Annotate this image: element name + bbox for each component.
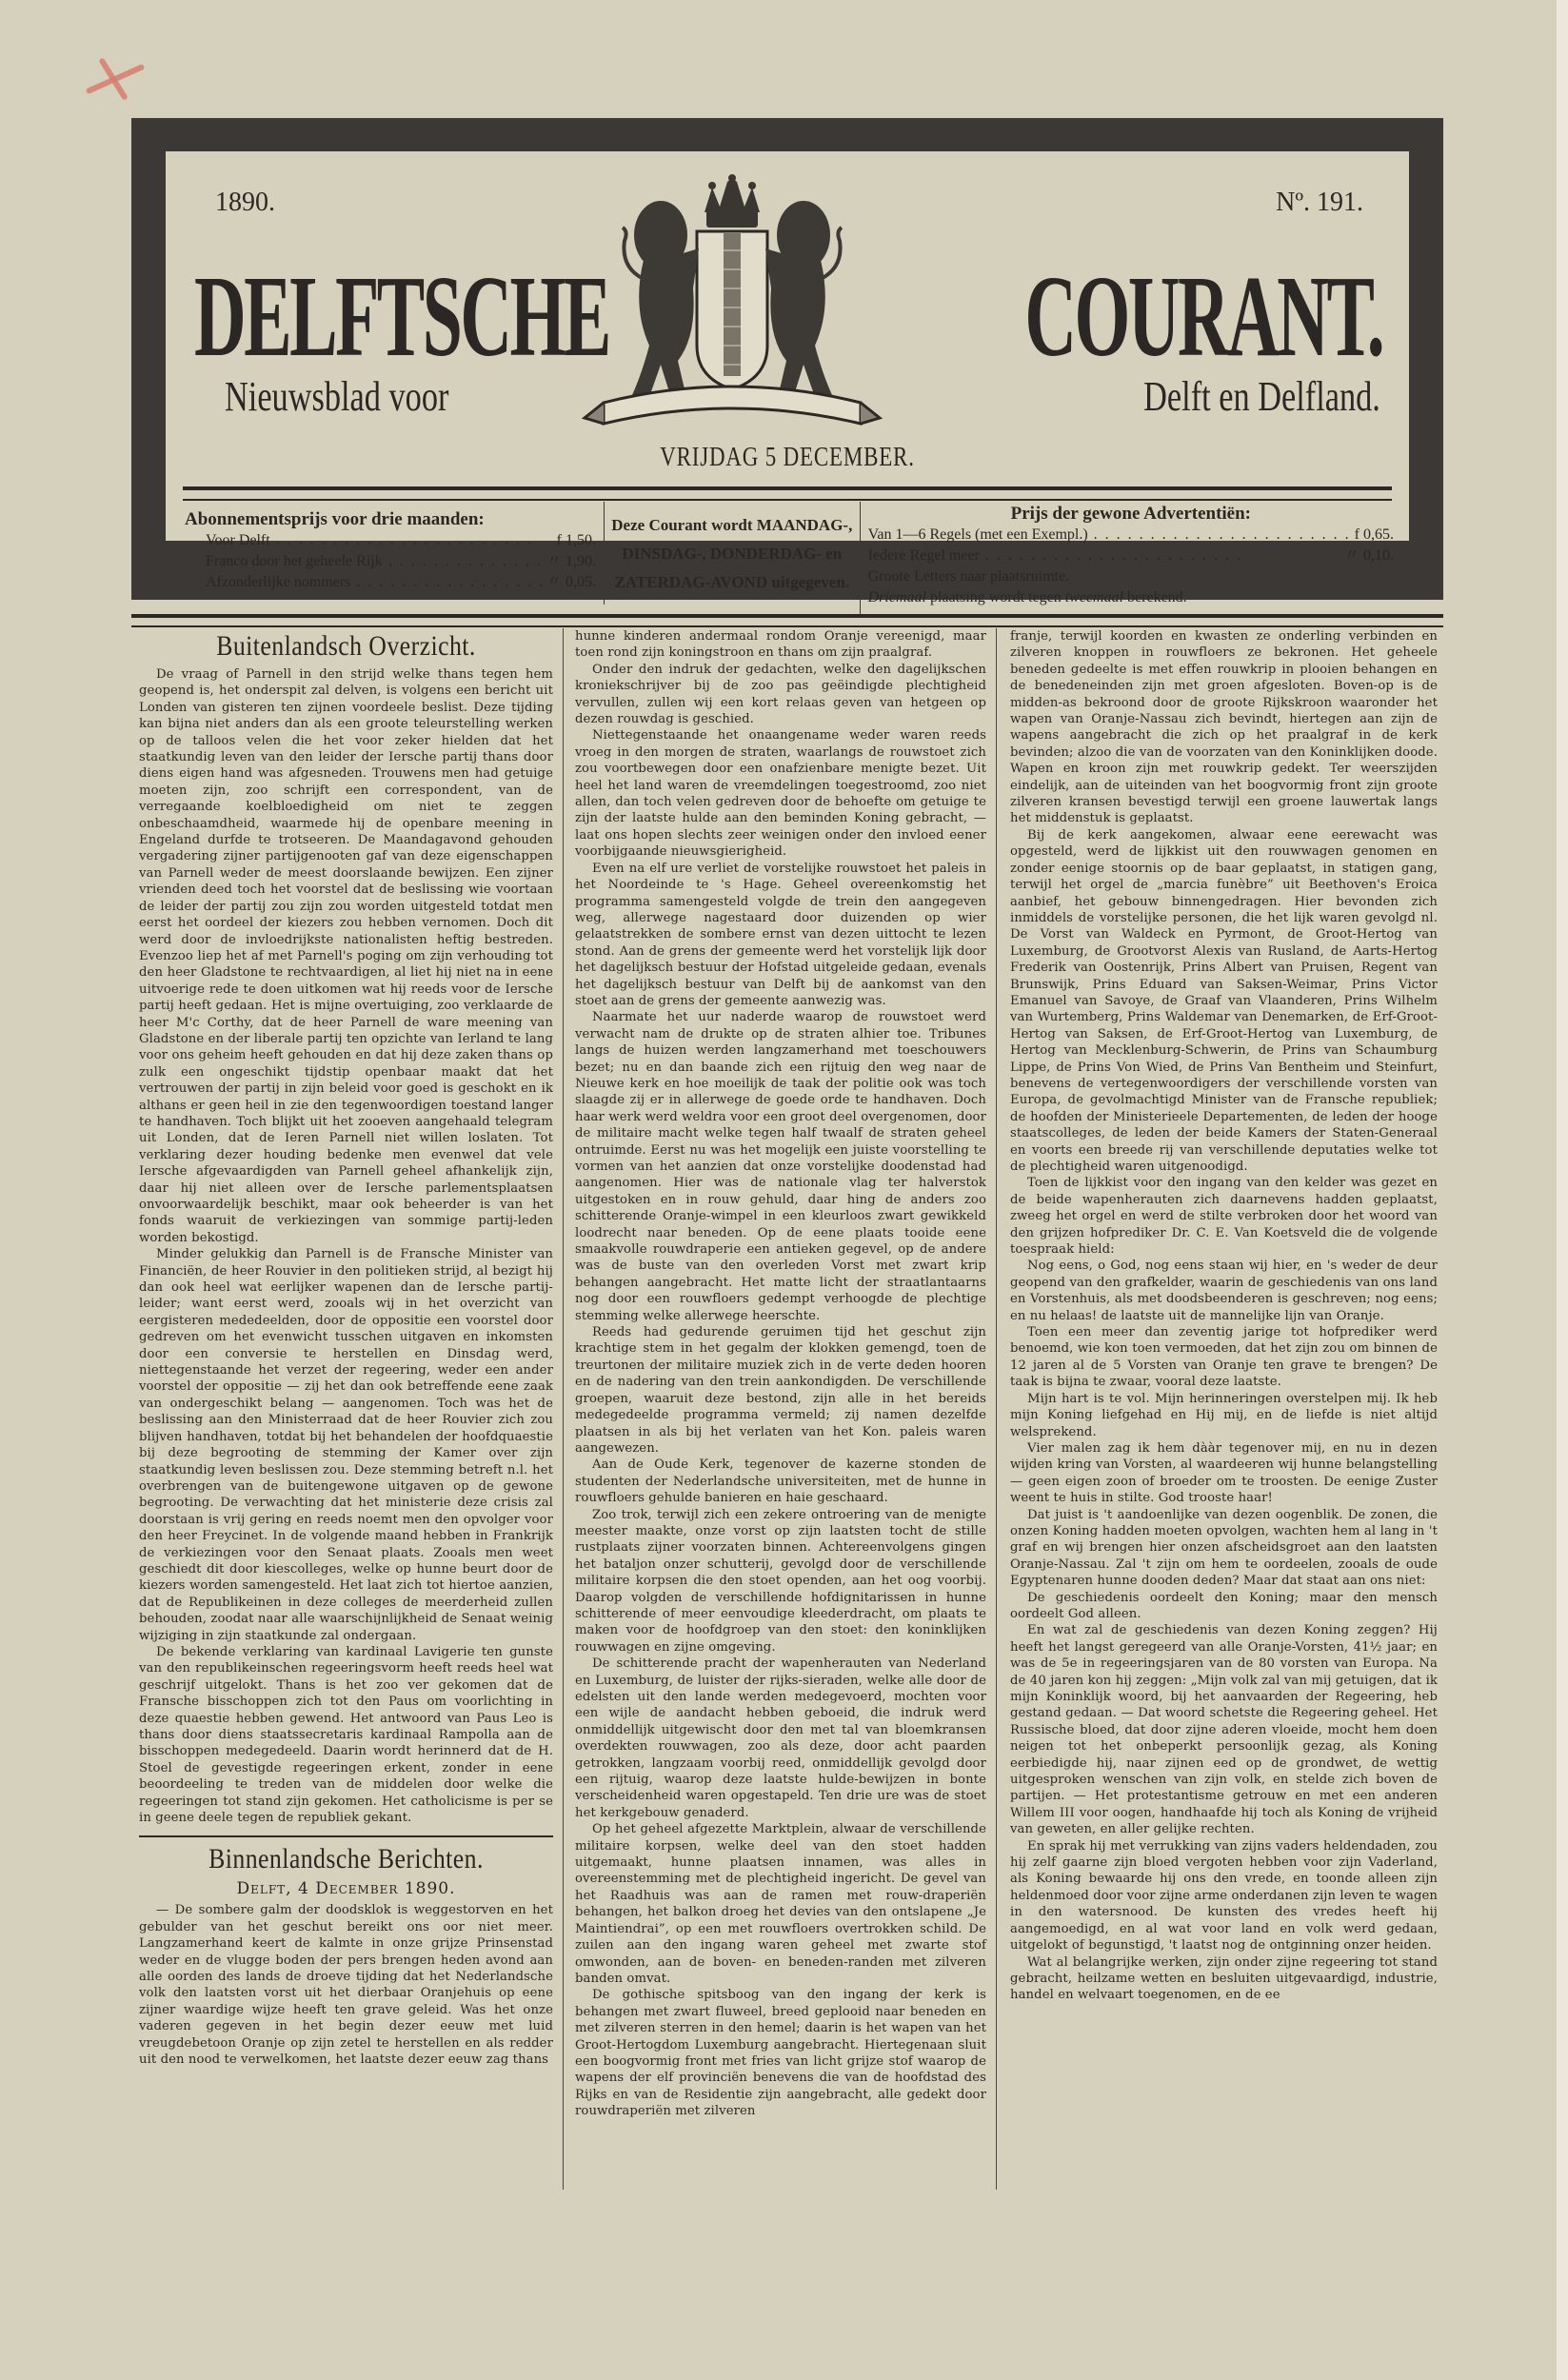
section-title-foreign: Buitenlandsch Overzicht. [168, 630, 524, 663]
article-columns: Buitenlandsch Overzicht. De vraag of Par… [135, 628, 1441, 2190]
article-paragraph: Even na elf ure verliet de vorstelijke r… [575, 861, 986, 1010]
article-paragraph: franje, terwijl koorden en kwasten ze on… [1010, 628, 1438, 827]
funeral-report-part-2: franje, terwijl koorden en kwasten ze on… [1010, 628, 1438, 2004]
article-paragraph: En sprak hij met verrukking van zijns va… [1010, 1838, 1438, 1954]
article-paragraph: hunne kinderen andermaal rondom Oranje v… [575, 628, 986, 662]
info-bar: Abonnementsprijs voor drie maanden: Voor… [185, 502, 1394, 605]
article-paragraph: Op het geheel afgezette Marktplein, alwa… [575, 1821, 986, 1987]
schedule-line: Deze Courant wordt MAANDAG-, [605, 511, 860, 540]
article-paragraph: Mijn hart is te vol. Mijn herinneringen … [1010, 1391, 1438, 1440]
masthead-bottom-rule [131, 614, 1443, 627]
advertising-note: Driemaal plaatsing wordt tegen tweemaal … [868, 587, 1394, 608]
column-1: Buitenlandsch Overzicht. De vraag of Par… [135, 628, 564, 2190]
issue-number: Nº. 191. [1276, 188, 1363, 218]
advertising-row: Van 1—6 Regels (met een Exempl.)f 0,65. [868, 525, 1394, 545]
issue-date: VRIJDAG 5 DECEMBER. [278, 443, 1298, 473]
article-paragraph: De vraag of Parnell in den strijd welke … [139, 666, 553, 1246]
page-edge [1557, 0, 1568, 2380]
article-paragraph: Vier malen zag ik hem dààr tegenover mij… [1010, 1440, 1438, 1507]
subscription-row: Voor Delftf 1,50. [185, 530, 604, 551]
article-paragraph: — De sombere galm der doodsklok is wegge… [139, 1902, 553, 2068]
masthead-panel: 1890. Nº. 191. DELFTSCHE COURANT. Nieuws… [166, 151, 1409, 541]
advertising-note: Groote Letters naar plaatsruimte. [868, 566, 1394, 587]
article-paragraph: Toen een meer dan zeventig jarige tot ho… [1010, 1324, 1438, 1391]
article-paragraph: Wat al belangrijke werken, zijn onder zi… [1010, 1954, 1438, 2004]
masthead: 1890. Nº. 191. DELFTSCHE COURANT. Nieuws… [131, 118, 1443, 600]
article-dateline: Delft, 4 December 1890. [139, 1879, 553, 1898]
article-paragraph: Aan de Oude Kerk, tegenover de kazerne s… [575, 1457, 986, 1506]
advertising-row: Iedere Regel meer〃 0,10. [868, 545, 1394, 566]
section-title-domestic: Binnenlandsche Berichten. [168, 1843, 524, 1875]
article-paragraph: Dat juist is 't aandoenlijke van dezen o… [1010, 1507, 1438, 1590]
subscription-prices: Abonnementsprijs voor drie maanden: Voor… [185, 502, 605, 605]
article-paragraph: De schitterende pracht der wapenherauten… [575, 1656, 986, 1821]
coat-of-arms-icon [537, 174, 927, 441]
article-paragraph: Zoo trok, terwijl zich een zekere ontroe… [575, 1507, 986, 1656]
article-paragraph: Naarmate het uur naderde waarop de rouws… [575, 1009, 986, 1324]
publication-schedule: Deze Courant wordt MAANDAG-, DINSDAG-, D… [605, 502, 861, 614]
article-paragraph: Onder den indruk der gedachten, welke de… [575, 662, 986, 728]
subscription-row: Afzonderlijke nommers〃 0,05. [185, 572, 604, 593]
title-right: COURANT. [1024, 250, 1382, 384]
article-paragraph: Reeds had gedurende geruimen tijd het ge… [575, 1324, 986, 1457]
advertising-heading: Prijs der gewone Advertentiën: [868, 504, 1394, 525]
domestic-article: — De sombere galm der doodsklok is wegge… [139, 1902, 553, 2068]
article-paragraph: De geschiedenis oordeelt den Koning; maa… [1010, 1590, 1438, 1623]
article-paragraph: Nog eens, o God, nog eens staan wij hier… [1010, 1258, 1438, 1324]
subtitle-left: Nieuwsblad voor [225, 372, 448, 421]
year: 1890. [215, 188, 275, 218]
article-paragraph: Toen de lijkkist voor den ingang van den… [1010, 1175, 1438, 1258]
red-x-mark-icon [84, 59, 141, 97]
masthead-rule [183, 486, 1392, 501]
funeral-report-part-1: hunne kinderen andermaal rondom Oranje v… [575, 628, 986, 2120]
article-paragraph: Niettegenstaande het onaangename weder w… [575, 727, 986, 860]
schedule-line: DINSDAG-, DONDERDAG- en [605, 540, 860, 568]
subscription-row: Franco door het geheele Rijk〃 1,90. [185, 551, 604, 572]
section-divider [139, 1835, 553, 1837]
article-paragraph: De bekende verklaring van kardinaal Lavi… [139, 1644, 553, 1826]
subtitle-right: Delft en Delfland. [1143, 372, 1380, 421]
subscription-heading: Abonnementsprijs voor drie maanden: [185, 509, 604, 530]
column-2: hunne kinderen andermaal rondom Oranje v… [564, 628, 997, 2190]
foreign-article: De vraag of Parnell in den strijd welke … [139, 666, 553, 1826]
article-paragraph: De gothische spitsboog van den ingang de… [575, 1987, 986, 2119]
schedule-line: ZATERDAG-AVOND uitgegeven. [605, 568, 860, 597]
advertising-prices: Prijs der gewone Advertentiën: Van 1—6 R… [861, 502, 1394, 605]
article-paragraph: En wat zal de geschiedenis van dezen Kon… [1010, 1622, 1438, 1837]
column-3: franje, terwijl koorden en kwasten ze on… [997, 628, 1441, 2190]
article-paragraph: Bij de kerk aangekomen, alwaar eene eere… [1010, 827, 1438, 1176]
article-paragraph: Minder gelukkig dan Parnell is de Fransc… [139, 1246, 553, 1644]
